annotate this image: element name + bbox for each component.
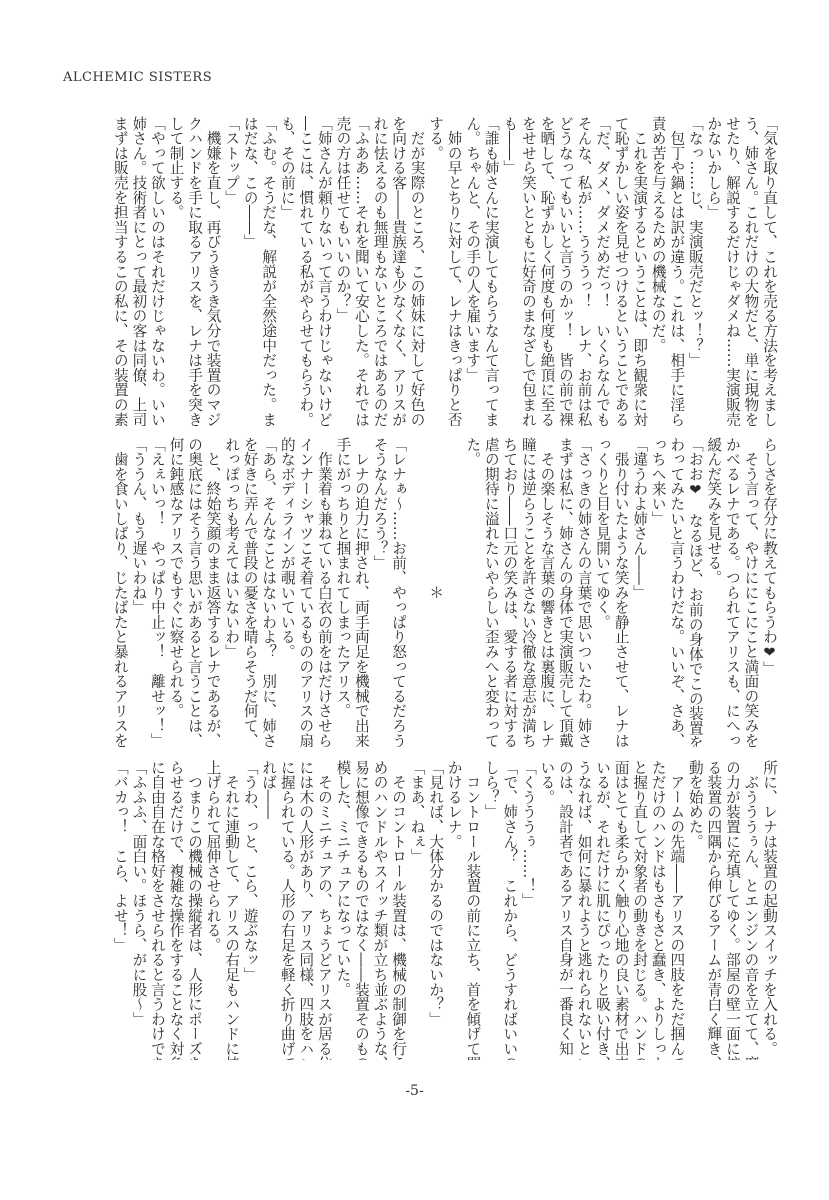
- text-column: 「えぇいっ！ やっぱり中止ッ！ 離せッ！」: [147, 437, 166, 747]
- text-column: する。: [426, 116, 445, 426]
- text-column: しら？」: [481, 760, 500, 1060]
- text-column: ただけのハンドはもさもさと蠢き、よりしっかり: [648, 760, 667, 1060]
- text-column: まずは私に、姉さんの身体で実演販売して頂戴❤」: [555, 437, 574, 747]
- text-column: ん。ちゃんと、その手の人を雇います」: [463, 116, 482, 426]
- text-column: まずは販売を担当するこの私に、その装置の素晴: [110, 116, 129, 426]
- text-column: 動を始めた。: [685, 760, 704, 1060]
- text-column: そのコントロール装置は、機械の制御を行うた: [389, 760, 408, 1060]
- text-column: 模した、ミニチュアになっていた。: [333, 760, 352, 1060]
- text-column: 「見れば、大体分かるのではないか？」: [426, 760, 445, 1060]
- text-column: 瞳には逆らうことを許さない冷徹な意志が満ち満: [518, 437, 537, 747]
- text-column: のは、設計者であるアリス自身が一番良く知って: [555, 760, 574, 1060]
- text-column: を好きに弄んで普段の憂さを晴らそうだ何て、こ: [240, 437, 259, 747]
- text-column: どうなってもいいと言うのかッ！ 皆の前で裸身: [555, 116, 574, 426]
- text-column: れっぽっちも考えてはいないわ」: [222, 437, 241, 747]
- text-column: れば――: [259, 760, 278, 1060]
- text-column: る装置の四隅から伸びるアームが青白く輝き、振: [704, 760, 723, 1060]
- text-column: 「ふむ。そうだな、解説が全然途中だった。まず: [259, 116, 278, 426]
- text-column: はだな、この――」: [240, 116, 259, 426]
- text-column: 「だ、ダメ、ダメだめだっ！ いくらなんでも、: [593, 116, 612, 426]
- text-column: て恥ずかしい姿を見せつけるということである。: [611, 116, 630, 426]
- text-column: 所に、レナは装置の起動スイッチを入れる。: [759, 760, 778, 1060]
- text-column: も――」: [500, 116, 519, 426]
- text-column: 「バカっ！ こら、よせ！」: [110, 760, 129, 1060]
- text-column: も、その前に」: [277, 116, 296, 426]
- text-column: らせるだけで、複雑な操作をすることなく対象者: [166, 760, 185, 1060]
- text-column: 姉さん。技術者にとって最初の客は同僚、上司よ。: [129, 116, 148, 426]
- text-column: 「やって欲しいのはそれだけじゃないわ。いい？: [147, 116, 166, 426]
- text-column: 「気を取り直して、これを売る方法を考えましょ: [759, 116, 778, 426]
- text-column: そのミニチュアの、ちょうどアリスが居る位置: [314, 760, 333, 1060]
- page-number: -5-: [0, 1083, 829, 1099]
- text-column: の力が装置に充填してゆく。部屋の壁一面に拡が: [722, 760, 741, 1060]
- text-column: う、姉さん。これだけの大物だと、単に現物を見: [741, 116, 760, 426]
- text-tier-top: 「気を取り直して、これを売る方法を考えましょう、姉さん。これだけの大物だと、単に…: [58, 116, 778, 426]
- text-column: だが実際のところ、この姉妹に対して好色の目: [407, 116, 426, 426]
- text-column: 機嫌を直し、再びうきうき気分で装置のマジッ: [203, 116, 222, 426]
- text-column: 姉の早とちりに対して、レナはきっぱりと否定: [444, 116, 463, 426]
- text-column: に自由自在な格好をさせられると言うわけである。: [147, 760, 166, 1060]
- text-column: 「違うわよ姉さん――」: [630, 437, 649, 747]
- text-column: の奥底にはそう言う思いがあると言うことは、如: [185, 437, 204, 747]
- text-column: 「うわ、っと、こら、遊ぶなッ」: [240, 760, 259, 1060]
- text-column: 「あら、そんなことはないわよ？ 別に、姉さん: [259, 437, 278, 747]
- text-column: [444, 437, 463, 747]
- text-column: せたり、解説するだけじゃダメね……実演販売し: [722, 116, 741, 426]
- text-column: アームの先端――アリスの四肢をただ掴んでい: [667, 760, 686, 1060]
- text-column: っちへ来い」: [648, 437, 667, 747]
- text-column: 「おお❤ なるほど、お前の身体でこの装置を味: [685, 437, 704, 747]
- text-column: と、終始笑顔のまま返答するレナであるが、心: [203, 437, 222, 747]
- text-column: それに連動して、アリスの右足もハンドに持ち: [222, 760, 241, 1060]
- text-column: には木の人形があり、アリス同様、四肢をハンド: [296, 760, 315, 1060]
- text-column: そんな、私が……うううっ！ レナ、お前は私が: [574, 116, 593, 426]
- text-column: いる。: [537, 760, 556, 1060]
- text-column: めのハンドルやスイッチ類が立ち並ぶような、容: [370, 760, 389, 1060]
- text-column: 緩んだ笑みを見せる。: [704, 437, 723, 747]
- text-column: 「レナぁ～……お前、やっぱり怒ってるだろう？: [389, 437, 408, 747]
- text-column: 「まあ、ねぇ」: [407, 760, 426, 1060]
- text-column: 何に鈍感なアリスでもすぐに察せられる。: [166, 437, 185, 747]
- text-column: 面はとても柔らかく触り心地の良い素材で出来て: [611, 760, 630, 1060]
- text-column: かけるレナ。: [444, 760, 463, 1060]
- text-column: と握り直して対象者の動きを封じる。ハンドの表: [630, 760, 649, 1060]
- text-column: 手にがっちりと掴まれてしまったアリス。: [333, 437, 352, 747]
- text-column: を晒して、恥ずかしく何度も何度も絶頂に至る様: [537, 116, 556, 426]
- text-column: 「誰も姉さんに実演してもらうなんて言ってませ: [481, 116, 500, 426]
- text-column: わってみたいと言うわけだな。いいぞ、さあ、こ: [667, 437, 686, 747]
- text-column: コントロール装置の前に立ち、首を傾げて問い: [463, 760, 482, 1060]
- text-column: うなれば、如何に暴れようと逃れられないという: [574, 760, 593, 1060]
- text-column: 「ふああ……それを聞いて安心した。それでは販: [351, 116, 370, 426]
- text-column: かないかしら」: [704, 116, 723, 426]
- text-tier-bottom: 所に、レナは装置の起動スイッチを入れる。 ぶうううぅん、とエンジンの音を立てて、…: [58, 760, 778, 1060]
- text-column: そう言って、やけににこにこと満面の笑みを浮: [741, 437, 760, 747]
- text-column: [407, 437, 426, 747]
- text-column: 虐の期待に溢れたいやらしい歪みへと変わってい: [481, 437, 500, 747]
- text-column: いるが、それだけに肌にぴったりと吸い付き、こ: [593, 760, 612, 1060]
- text-column: をせせら笑いとともに好奇のまなざしで包まれて: [518, 116, 537, 426]
- text-tier-middle: らしさを存分に教えてもらうわ❤」 そう言って、やけににこにこと満面の笑みを浮かべ…: [58, 437, 778, 747]
- text-column: 「なっ……じ、実演販売だとッ！？」: [685, 116, 704, 426]
- text-column: 「ふふふ、面白い。ほうら、がに股～」: [129, 760, 148, 1060]
- running-title: ALCHEMIC SISTERS: [63, 70, 212, 85]
- text-column: 売の方は任せてもいいのか？」: [333, 116, 352, 426]
- text-column: これを実演するということは、即ち観衆に対し: [630, 116, 649, 426]
- text-column: 「ストップ」: [222, 116, 241, 426]
- text-column: ちており――口元の笑みは、愛する者に対する嗜: [500, 437, 519, 747]
- text-column: 責め苦を与えるための機械なのだ。: [648, 116, 667, 426]
- text-column: 歯を食いしばり、じたばたと暴れるアリスを余: [110, 437, 129, 747]
- text-column: 包丁や鍋とは訳が違う。これは、相手に淫らな: [667, 116, 686, 426]
- text-column: 易に想像できるものではなく――装置そのものを: [351, 760, 370, 1060]
- text-column: ぶうううぅん、とエンジンの音を立てて、魔道: [741, 760, 760, 1060]
- text-column: ＊: [426, 437, 445, 747]
- text-column: その楽しそうな言葉の響きとは裏腹に、レナの: [537, 437, 556, 747]
- text-column: 作業着も兼ねている白衣の前をはだけさせられ、: [314, 437, 333, 747]
- text-column: を向ける客――貴族達も少なくなく、アリスがそ: [389, 116, 408, 426]
- text-column: そうなんだろう？」: [370, 437, 389, 747]
- text-column: ―ここは、慣れている私がやらせてもらうわ。で: [296, 116, 315, 426]
- text-column: 「ううん、もう遅いわね」: [129, 437, 148, 747]
- text-column: 「で、姉さん？ これから、どうすればいいのか: [500, 760, 519, 1060]
- text-column: 「くうううぅ……！」: [518, 760, 537, 1060]
- text-column: っくりと目を見開いてゆく。: [593, 437, 612, 747]
- text-column: 張り付いたような笑みを静止させて、レナはゆ: [611, 437, 630, 747]
- text-column: クハンドを手に取るアリスを、レナは手を突き出: [185, 116, 204, 426]
- text-column: インナーシャツこそ着ているもののアリスの扇情: [296, 437, 315, 747]
- text-column: して制止する。: [166, 116, 185, 426]
- text-column: らしさを存分に教えてもらうわ❤」: [759, 437, 778, 747]
- text-column: 的なボディラインが覗いている。: [277, 437, 296, 747]
- text-column: 「さっきの姉さんの言葉で思いついたわ。姉さん、: [574, 437, 593, 747]
- text-column: に握られている。人形の右足を軽く折り曲げてや: [277, 760, 296, 1060]
- text-column: 上げられて屈伸させられる。: [203, 760, 222, 1060]
- text-column: れに怯えるのも無理もないところではあるのだが。: [370, 116, 389, 426]
- text-column: つまりこの機械の操縦者は、人形にポーズを取: [185, 760, 204, 1060]
- text-column: レナの迫力に押され、両手両足を機械で出来た: [351, 437, 370, 747]
- text-column: かべるレナである。つられてアリスも、にへっと: [722, 437, 741, 747]
- text-column: た。: [463, 437, 482, 747]
- text-column: 「姉さんが頼りないって言うわけじゃないけど―: [314, 116, 333, 426]
